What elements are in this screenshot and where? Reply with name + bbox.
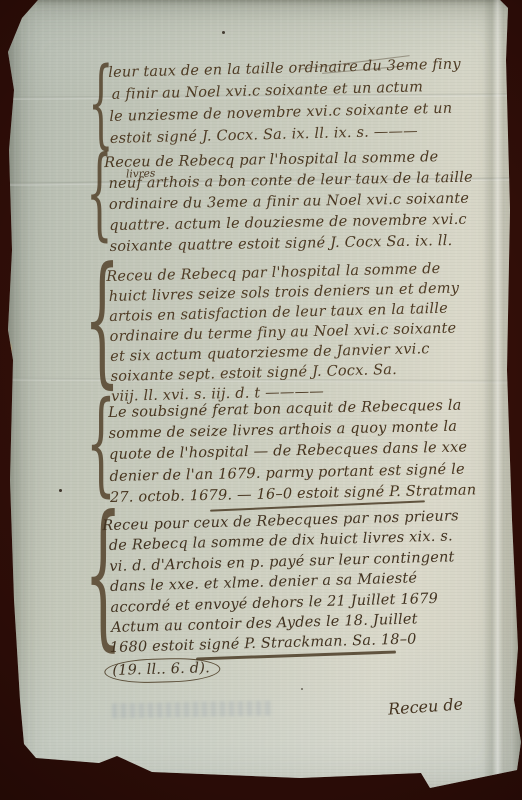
vertical-fold (482, 0, 510, 800)
circled-total: (19. ll.. 6. d). (104, 657, 220, 685)
manuscript-page: { { { { { leur taux de en la taille ordi… (0, 0, 522, 800)
edge-stain (1, 338, 12, 360)
show-through-stamp (112, 701, 272, 719)
paragraph-3: Receu de Rebecq par l'hospital la somme … (108, 258, 462, 407)
ink-speck (59, 489, 62, 492)
photo-background: { { { { { leur taux de en la taille ordi… (0, 0, 522, 800)
paragraph-4: Le soubsigné ferat bon acquit de Rebecqu… (108, 395, 477, 509)
paragraph-5: Receu pour ceux de Rebecques par nos pri… (108, 506, 463, 684)
ink-speck (222, 31, 225, 34)
ink-speck (301, 688, 303, 690)
paragraph-1: leur taux de en la taille ordinaire du 3… (108, 53, 463, 150)
paragraph-2: Receu de Rebecq par l'hospital la somme … (108, 147, 474, 258)
